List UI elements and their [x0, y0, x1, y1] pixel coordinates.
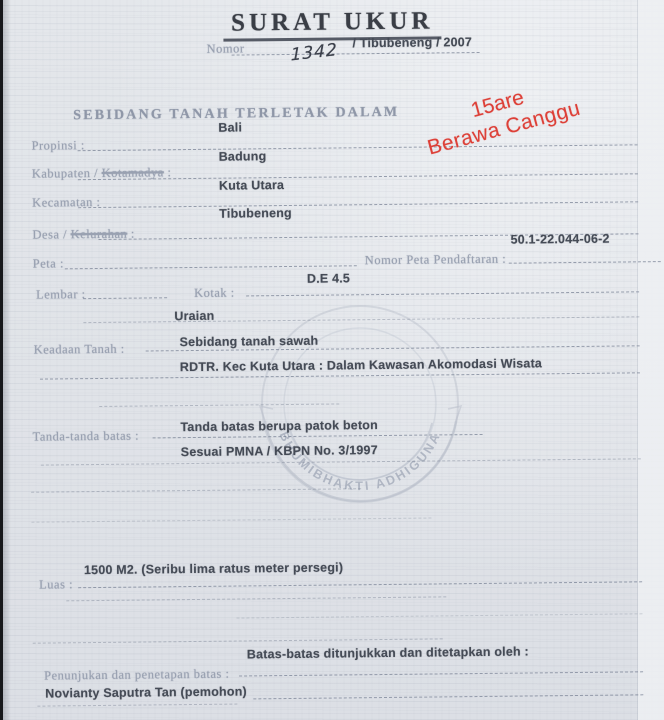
peta-rule-right [509, 261, 661, 264]
desa-label: Desa / Kelurahan : [32, 227, 135, 243]
penunjukan-rule [239, 671, 643, 676]
propinsi-value: Bali [218, 120, 242, 134]
penunjukan-label: Penunjukan dan penetapan batas : [44, 667, 230, 684]
kabupaten-value: Badung [219, 149, 267, 163]
keadaan-label: Keadaan Tanah : [34, 342, 125, 358]
lembar-label: Lembar : [36, 287, 86, 303]
nomor-handwritten-value: 1342 [291, 40, 338, 66]
luas-value: 1500 M2. (Seribu lima ratus meter perseg… [84, 560, 343, 577]
tanda-line2: Sesuai PMNA / KBPN No. 3/1997 [181, 443, 378, 459]
tanda-rule2 [41, 458, 641, 465]
blank-rule-2 [31, 488, 361, 492]
name-rule [253, 694, 643, 699]
kecamatan-label: Kecamatan : [32, 195, 100, 211]
blank-rule-3 [31, 518, 431, 523]
keadaan-rule2 [40, 372, 640, 379]
uraian-rule [83, 316, 639, 323]
kotak-code: D.E 4.5 [307, 271, 350, 285]
nomor-rule [232, 52, 480, 56]
kecamatan-rule [78, 201, 638, 208]
batas-heading: Batas-batas ditunjukkan dan ditetapkan o… [247, 644, 529, 661]
tanda-rule1 [153, 434, 483, 438]
luas-label: Luas : [39, 577, 73, 592]
name-rule-short [37, 704, 237, 707]
nomor-suffix: / Tibubeneng / 2007 [352, 35, 472, 50]
blank-rule-6 [33, 638, 443, 643]
scan-border [0, 0, 3, 720]
blank-rule-5 [236, 613, 642, 618]
propinsi-rule [78, 144, 638, 151]
kotak-rule [246, 291, 639, 296]
lembar-rule [83, 297, 167, 299]
luas-rule [78, 581, 642, 588]
nomor-peta-pendaftaran-label: Nomor Peta Pendaftaran : [365, 252, 507, 268]
keadaan-line1: Sebidang tanah sawah [180, 334, 319, 349]
pemohon-name: Novianty Saputra Tan (pemohon) [45, 684, 247, 700]
title-row: SURAT UKUR [0, 5, 664, 44]
peta-rule-left [65, 265, 357, 269]
keadaan-line2: RDTR. Kec Kuta Utara : Dalam Kawasan Ako… [180, 356, 542, 374]
desa-value: Tibubeneng [219, 206, 292, 221]
blank-rule-1 [99, 403, 339, 407]
peta-label: Peta : [33, 256, 64, 271]
tanda-label: Tanda-tanda batas : [33, 429, 140, 445]
kecamatan-value: Kuta Utara [219, 178, 284, 193]
kotak-label: Kotak : [194, 286, 235, 301]
tanda-line1: Tanda batas berupa patok beton [180, 418, 378, 434]
propinsi-label: Propinsi : [31, 138, 84, 154]
blank-rule-4 [66, 596, 446, 601]
registration-code: 50.1-22.044-06-2 [510, 232, 609, 247]
